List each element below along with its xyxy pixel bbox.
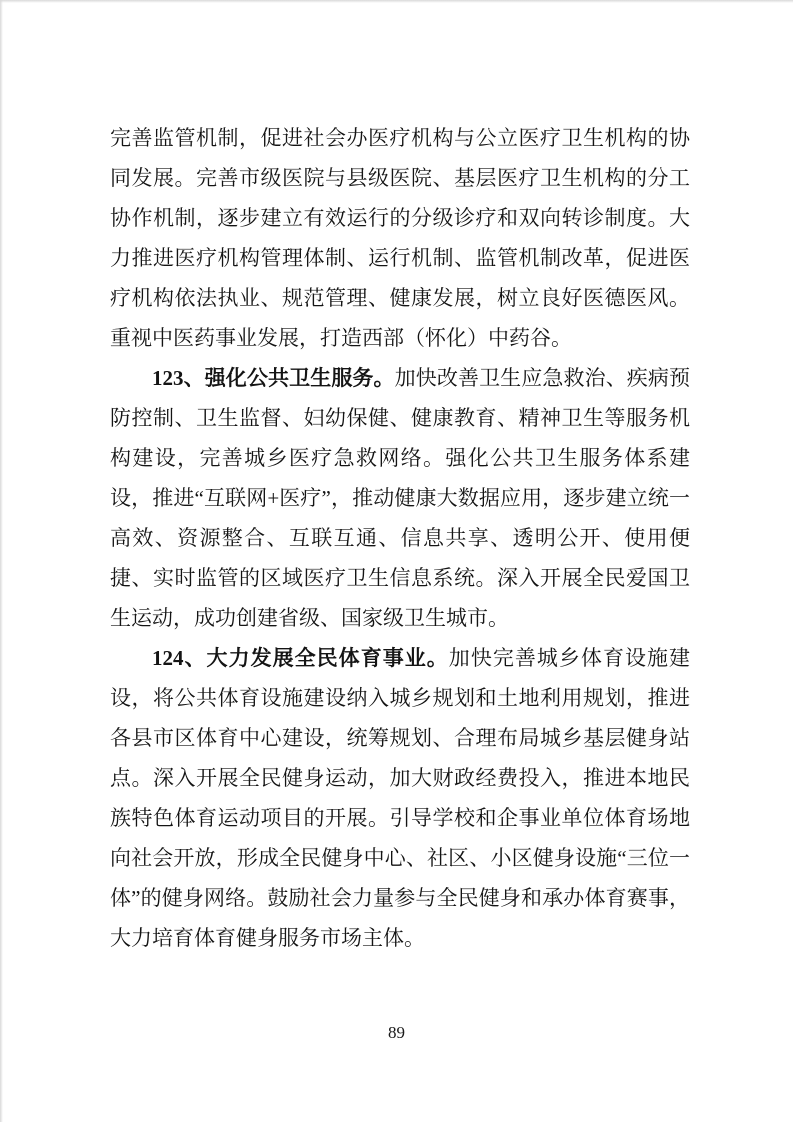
- scan-edge-left: [0, 0, 3, 1122]
- document-page: 完善监管机制，促进社会办医疗机构与公立医疗卫生机构的协同发展。完善市级医院与县级…: [0, 0, 793, 1122]
- paragraph-item-123: 123、强化公共卫生服务。加快改善卫生应急救治、疾病预防控制、卫生监督、妇幼保健…: [110, 358, 690, 638]
- paragraph-continuation: 完善监管机制，促进社会办医疗机构与公立医疗卫生机构的协同发展。完善市级医院与县级…: [110, 118, 690, 358]
- section-124-heading: 124、大力发展全民体育事业。: [152, 646, 449, 670]
- paragraph-continuation-text: 完善监管机制，促进社会办医疗机构与公立医疗卫生机构的协同发展。完善市级医院与县级…: [110, 126, 690, 350]
- page-number: 89: [0, 1022, 793, 1044]
- document-body-text: 完善监管机制，促进社会办医疗机构与公立医疗卫生机构的协同发展。完善市级医院与县级…: [110, 118, 690, 958]
- section-124-body-text: 加快完善城乡体育设施建设，将公共体育设施建设纳入城乡规划和土地利用规划，推进各县…: [110, 646, 690, 950]
- scan-edge-top: [0, 0, 793, 3]
- section-123-heading: 123、强化公共卫生服务。: [152, 366, 395, 390]
- paragraph-item-124: 124、大力发展全民体育事业。加快完善城乡体育设施建设，将公共体育设施建设纳入城…: [110, 638, 690, 958]
- section-123-body-text: 加快改善卫生应急救治、疾病预防控制、卫生监督、妇幼保健、健康教育、精神卫生等服务…: [110, 366, 690, 630]
